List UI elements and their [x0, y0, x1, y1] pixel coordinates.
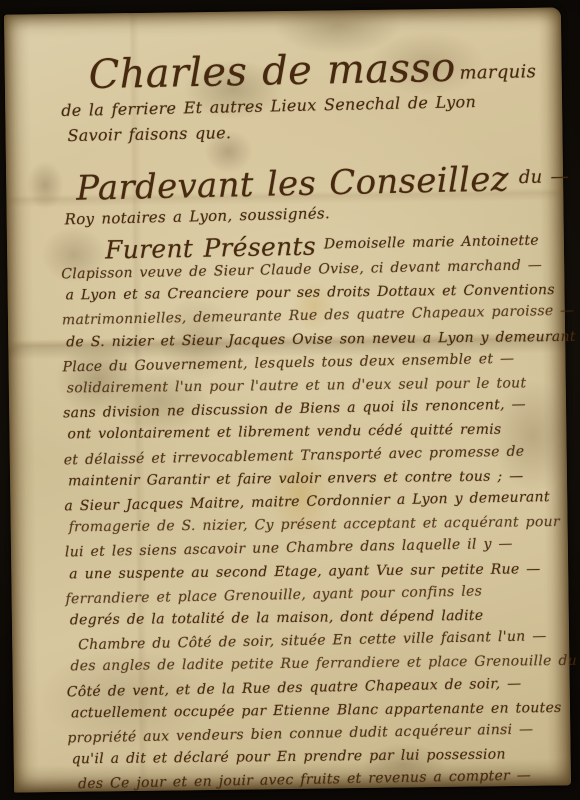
- title-large-text: Charles de masso: [88, 48, 455, 95]
- manuscript-page: Charles de masso marquis de la ferriere …: [4, 7, 571, 792]
- title-suffix-text: marquis: [459, 61, 536, 84]
- section-heading-line: Pardevant les Conseillez du —: [76, 146, 546, 206]
- photo-background: Charles de masso marquis de la ferriere …: [0, 0, 580, 800]
- opening-rest-text: Demoiselle marie Antoinette: [324, 229, 539, 256]
- manuscript-text: Charles de masso marquis de la ferriere …: [4, 7, 571, 792]
- manuscript-body: Clapisson veuve de Sieur Claude Ovise, c…: [61, 256, 553, 796]
- section-heading-suffix-text: du —: [519, 166, 569, 188]
- title-line: Charles de masso marquis: [88, 38, 544, 95]
